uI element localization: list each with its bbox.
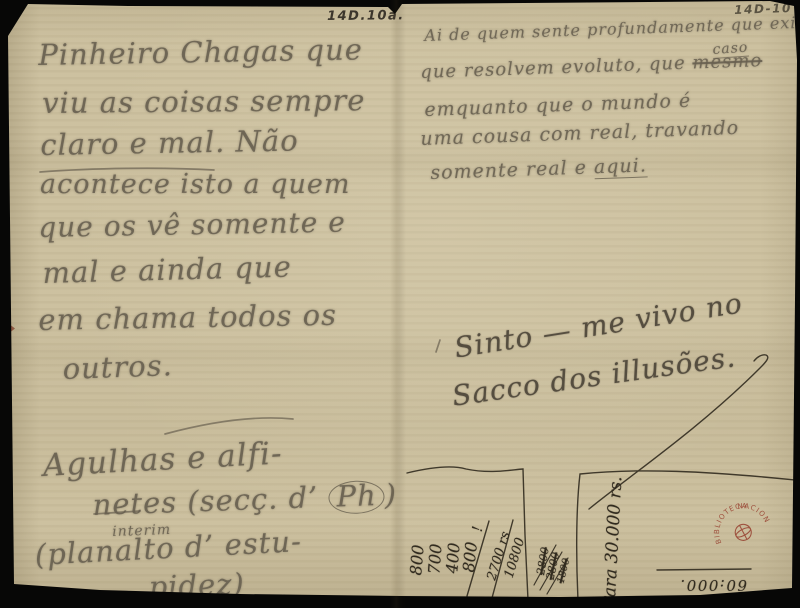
handwritten-line: que resolvem evoluto, que mesmo [420, 50, 763, 83]
circled-ph-annotation: Ph [328, 480, 385, 515]
stamp-emblem [732, 522, 754, 544]
library-stamp: BIBLIOTECA NACIONAL [697, 485, 786, 574]
ink-total-line [657, 569, 751, 570]
handwritten-line: claro e mal. Não [40, 123, 299, 162]
note-text: ) [384, 477, 398, 511]
handwritten-line: Pinheiro Chagas que [38, 32, 363, 72]
pencil-apostrophe [436, 340, 440, 352]
calc-number: 800 [459, 541, 481, 573]
handwritten-line: que os vê somente e [38, 206, 346, 244]
handwritten-line: netes (secç. d’ Ph) [92, 477, 398, 523]
interlinear-insertion: caso [712, 40, 749, 59]
svg-text:BIBLIOTECA: BIBLIOTECA [701, 496, 760, 547]
pencil-flourish [165, 418, 293, 434]
calc-exclamation: ! [470, 525, 487, 533]
handwritten-line: Agulhas e alfi- [42, 435, 283, 483]
manuscript-scan: 14D.10a. 14D-10 Pinheiro Chagas que viu … [0, 0, 800, 608]
handwritten-line: mal e ainda que [42, 249, 292, 290]
handwritten-line: pidez) [148, 567, 245, 604]
note-text: netes (secç. d’ [92, 480, 329, 522]
svg-text:NACIONAL: NACIONAL [697, 485, 772, 551]
paper-edge-nick [8, 323, 15, 334]
handwritten-line: emquanto que o mundo é [424, 90, 691, 121]
stamp-word-1: BIBLIOTECA [701, 496, 760, 547]
underlined-word: aqui. [594, 154, 648, 179]
handwritten-line: outros. [62, 348, 173, 386]
notebook-spread-paper: 14D.10a. 14D-10 Pinheiro Chagas que viu … [0, 0, 800, 608]
handwritten-line: somente real e aqui. [430, 154, 647, 184]
stamp-word-2: NACIONAL [697, 485, 772, 551]
handwritten-line: em chama todos os [38, 298, 337, 337]
paragraph-text: somente real e [430, 156, 594, 184]
handwritten-line: uma cousa com real, travando [420, 117, 740, 150]
handwritten-line: viu as coisas sempre [42, 83, 366, 120]
calc-grand-total: 60:000. [679, 576, 747, 594]
calc-note: Para 30.000 rs. [600, 476, 627, 608]
paragraph-text: que resolvem evoluto, que [420, 53, 693, 83]
handwritten-line: (planalto d’ estu- [34, 524, 303, 572]
handwritten-line: acontece isto a quem [40, 169, 351, 200]
catalog-number-center: 14D.10a. [327, 8, 405, 24]
